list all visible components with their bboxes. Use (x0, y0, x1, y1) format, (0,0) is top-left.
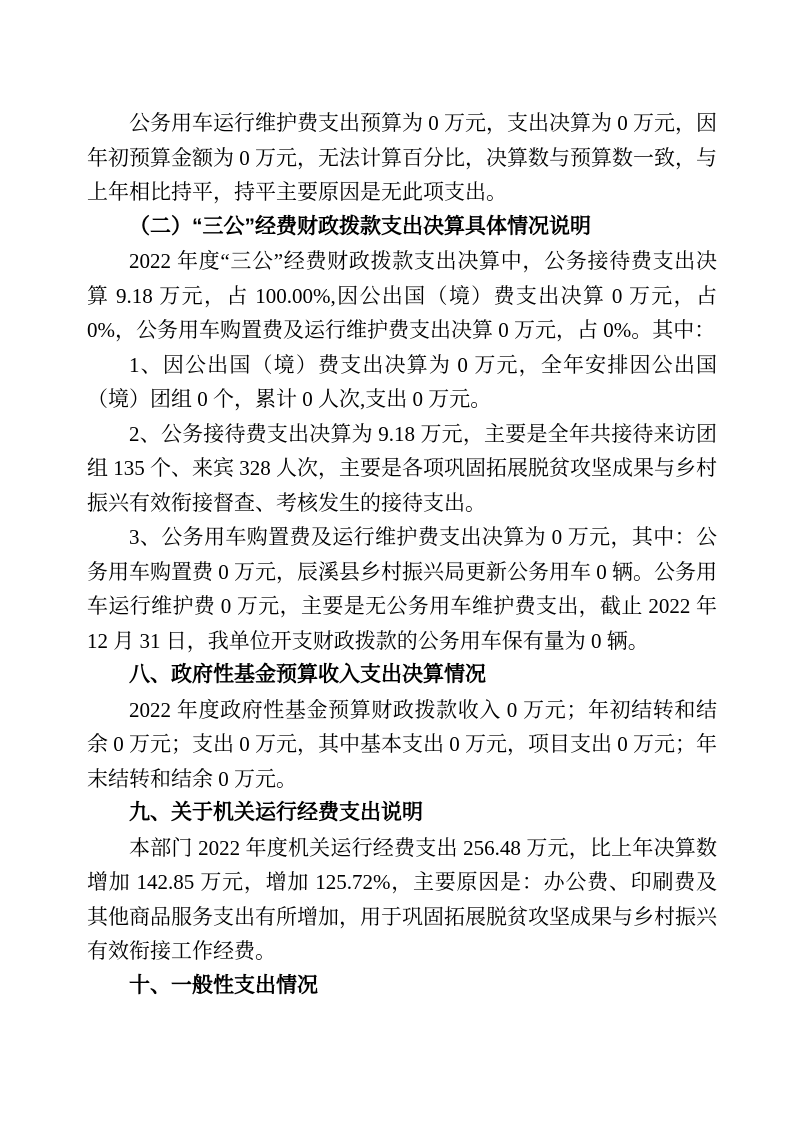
paragraph: 2022 年度政府性基金预算财政拨款收入 0 万元；年初结转和结余 0 万元；支… (87, 693, 717, 797)
paragraph: 2022 年度“三公”经费财政拨款支出决算中，公务接待费支出决算 9.18 万元… (87, 244, 717, 348)
section-heading: 九、关于机关运行经费支出说明 (87, 796, 717, 831)
paragraph: 1、因公出国（境）费支出决算为 0 万元，全年安排因公出国（境）团组 0 个，累… (87, 348, 717, 417)
section-heading: 十、一般性支出情况 (87, 969, 717, 1004)
section-heading: （二）“三公”经费财政拨款支出决算具体情况说明 (87, 210, 717, 245)
paragraph: 本部门 2022 年度机关运行经费支出 256.48 万元，比上年决算数增加 1… (87, 831, 717, 969)
document-page: 公务用车运行维护费支出预算为 0 万元，支出决算为 0 万元，因年初预算金额为 … (0, 0, 793, 1122)
paragraph: 公务用车运行维护费支出预算为 0 万元，支出决算为 0 万元，因年初预算金额为 … (87, 106, 717, 210)
section-heading: 八、政府性基金预算收入支出决算情况 (87, 658, 717, 693)
paragraph: 3、公务用车购置费及运行维护费支出决算为 0 万元，其中：公务用车购置费 0 万… (87, 520, 717, 658)
paragraph: 2、公务接待费支出决算为 9.18 万元，主要是全年共接待来访团组 135 个、… (87, 417, 717, 521)
